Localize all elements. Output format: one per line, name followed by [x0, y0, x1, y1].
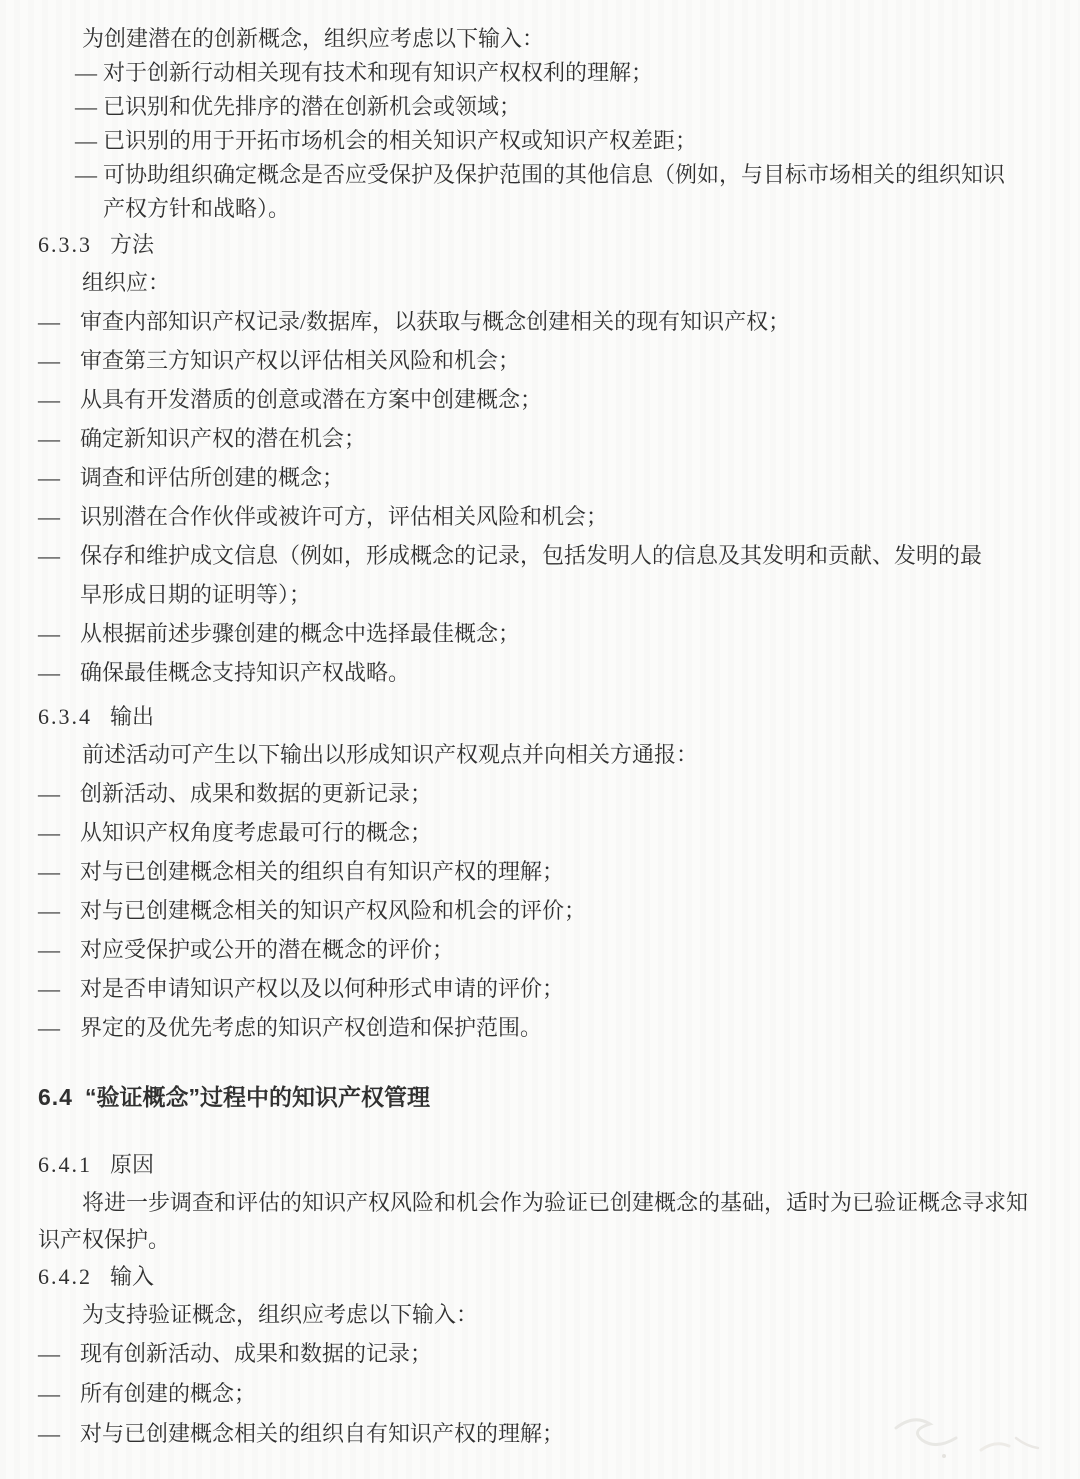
- heading-6-3-3: 6.3.3方法: [38, 226, 1048, 264]
- list-item: — 对与已创建概念相关的知识产权风险和机会的评价；: [38, 891, 1048, 930]
- list-item-text: 审查内部知识产权记录/数据库，以获取与概念创建相关的现有知识产权；: [80, 309, 790, 334]
- heading-6-4: 6.4“验证概念”过程中的知识产权管理: [38, 1077, 1048, 1117]
- bullet-dash: —: [38, 1414, 80, 1454]
- section-number: 6.4: [38, 1084, 73, 1110]
- list-item-text: 确保最佳概念支持知识产权战略。: [80, 660, 410, 685]
- bullet-dash: —: [38, 458, 80, 497]
- section-number: 6.3.4: [38, 704, 92, 729]
- list-item-text: 确定新知识产权的潜在机会；: [80, 426, 366, 451]
- intro-paragraph: 为创建潜在的创新概念，组织应考虑以下输入：: [38, 22, 1048, 56]
- bullet-dash: —: [38, 614, 80, 653]
- list-item: — 可协助组织确定概念是否应受保护及保护范围的其他信息（例如，与目标市场相关的组…: [38, 158, 1048, 226]
- list-item-text: 现有创新活动、成果和数据的记录；: [80, 1341, 432, 1366]
- list-item: — 审查内部知识产权记录/数据库，以获取与概念创建相关的现有知识产权；: [38, 302, 1048, 341]
- list-item: — 界定的及优先考虑的知识产权创造和保护范围。: [38, 1008, 1048, 1047]
- list-item: — 已识别的用于开拓市场机会的相关知识产权或知识产权差距；: [38, 124, 1048, 158]
- bullet-dash: —: [38, 302, 80, 341]
- list-item-text: 从知识产权角度考虑最可行的概念；: [80, 820, 432, 845]
- heading-6-4-2: 6.4.2输入: [38, 1258, 1048, 1296]
- bullet-dash: —: [38, 1374, 80, 1414]
- list-item: — 确保最佳概念支持知识产权战略。: [38, 653, 1048, 692]
- list-item-text: 审查第三方知识产权以评估相关风险和机会；: [80, 348, 520, 373]
- list-item-text: 从具有开发潜质的创意或潜在方案中创建概念；: [80, 387, 542, 412]
- heading-6-4-1: 6.4.1原因: [38, 1146, 1048, 1184]
- list-item-text: 从根据前述步骤创建的概念中选择最佳概念；: [80, 621, 520, 646]
- list-item: — 从具有开发潜质的创意或潜在方案中创建概念；: [38, 380, 1048, 419]
- section-title: 方法: [110, 232, 154, 257]
- list-item-text: 已识别和优先排序的潜在创新机会或领域；: [103, 94, 521, 119]
- list-item-text: 对与已创建概念相关的组织自有知识产权的理解；: [80, 859, 564, 884]
- list-item-text: 界定的及优先考虑的知识产权创造和保护范围。: [80, 1015, 542, 1040]
- body-paragraph-line: 识产权保护。: [38, 1221, 1048, 1258]
- list-item: — 保存和维护成文信息（例如，形成概念的记录，包括发明人的信息及其发明和贡献、发…: [38, 536, 1048, 614]
- bullet-dash: —: [38, 419, 80, 458]
- methods-list: — 审查内部知识产权记录/数据库，以获取与概念创建相关的现有知识产权； — 审查…: [38, 302, 1048, 692]
- bullet-dash: —: [75, 158, 103, 226]
- bullet-dash: —: [38, 536, 80, 614]
- list-item-text: 对应受保护或公开的潜在概念的评价；: [80, 937, 454, 962]
- bullet-dash: —: [38, 653, 80, 692]
- document-page: 为创建潜在的创新概念，组织应考虑以下输入： — 对于创新行动相关现有技术和现有知…: [0, 0, 1080, 1479]
- bullet-dash: —: [38, 774, 80, 813]
- section-number: 6.3.3: [38, 232, 92, 257]
- bullet-dash: —: [38, 1008, 80, 1047]
- scan-smudge-decoration: [886, 1398, 1056, 1473]
- section-title: 原因: [110, 1152, 154, 1177]
- list-item: — 现有创新活动、成果和数据的记录；: [38, 1334, 1048, 1374]
- lead-paragraph: 前述活动可产生以下输出以形成知识产权观点并向相关方通报：: [38, 736, 1048, 774]
- section-title: “验证概念”过程中的知识产权管理: [85, 1084, 430, 1110]
- list-item-text: 调查和评估所创建的概念；: [80, 465, 344, 490]
- bullet-dash: —: [38, 1334, 80, 1374]
- bullet-dash: —: [38, 380, 80, 419]
- body-paragraph-line: 将进一步调查和评估的知识产权风险和机会作为验证已创建概念的基础，适时为已验证概念…: [38, 1184, 1048, 1221]
- bullet-dash: —: [38, 969, 80, 1008]
- list-item-text: 识别潜在合作伙伴或被许可方，评估相关风险和机会；: [80, 504, 608, 529]
- document-content: 为创建潜在的创新概念，组织应考虑以下输入： — 对于创新行动相关现有技术和现有知…: [38, 22, 1048, 1454]
- list-item-text: 已识别的用于开拓市场机会的相关知识产权或知识产权差距；: [103, 128, 697, 153]
- bullet-dash: —: [38, 497, 80, 536]
- section-number: 6.4.2: [38, 1264, 92, 1289]
- list-item: — 创新活动、成果和数据的更新记录；: [38, 774, 1048, 813]
- bullet-dash: —: [38, 891, 80, 930]
- section-title: 输出: [110, 704, 154, 729]
- list-item-text: 所有创建的概念；: [80, 1381, 256, 1406]
- list-item: — 已识别和优先排序的潜在创新机会或领域；: [38, 90, 1048, 124]
- list-item: — 对应受保护或公开的潜在概念的评价；: [38, 930, 1048, 969]
- bullet-dash: —: [75, 90, 103, 124]
- list-item-text: 创新活动、成果和数据的更新记录；: [80, 781, 432, 806]
- list-item: — 对与已创建概念相关的组织自有知识产权的理解；: [38, 852, 1048, 891]
- list-item: — 对是否申请知识产权以及以何种形式申请的评价；: [38, 969, 1048, 1008]
- list-item: — 调查和评估所创建的概念；: [38, 458, 1048, 497]
- list-item: — 确定新知识产权的潜在机会；: [38, 419, 1048, 458]
- list-item-text: 对是否申请知识产权以及以何种形式申请的评价；: [80, 976, 564, 1001]
- bullet-dash: —: [38, 852, 80, 891]
- bullet-dash: —: [38, 930, 80, 969]
- list-item-text: 对与已创建概念相关的组织自有知识产权的理解；: [80, 1421, 564, 1446]
- bullet-dash: —: [38, 341, 80, 380]
- list-item-text: 对与已创建概念相关的知识产权风险和机会的评价；: [80, 898, 586, 923]
- list-item: — 对于创新行动相关现有技术和现有知识产权权利的理解；: [38, 56, 1048, 90]
- list-item-text: 对于创新行动相关现有技术和现有知识产权权利的理解；: [103, 60, 653, 85]
- bullet-dash: —: [38, 813, 80, 852]
- list-item: — 识别潜在合作伙伴或被许可方，评估相关风险和机会；: [38, 497, 1048, 536]
- bullet-dash: —: [75, 56, 103, 90]
- section-number: 6.4.1: [38, 1152, 92, 1177]
- inputs-list: — 对于创新行动相关现有技术和现有知识产权权利的理解； — 已识别和优先排序的潜…: [38, 56, 1048, 226]
- list-item-text-continued: 早形成日期的证明等）；: [80, 575, 982, 614]
- heading-6-3-4: 6.3.4输出: [38, 698, 1048, 736]
- bullet-dash: —: [75, 124, 103, 158]
- list-item: — 从知识产权角度考虑最可行的概念；: [38, 813, 1048, 852]
- lead-paragraph: 组织应：: [38, 264, 1048, 302]
- list-item: — 审查第三方知识产权以评估相关风险和机会；: [38, 341, 1048, 380]
- list-item-text: 可协助组织确定概念是否应受保护及保护范围的其他信息（例如，与目标市场相关的组织知…: [103, 158, 1005, 192]
- lead-paragraph: 为支持验证概念，组织应考虑以下输入：: [38, 1296, 1048, 1334]
- list-item-text: 保存和维护成文信息（例如，形成概念的记录，包括发明人的信息及其发明和贡献、发明的…: [80, 536, 982, 575]
- outputs-list: — 创新活动、成果和数据的更新记录； — 从知识产权角度考虑最可行的概念； — …: [38, 774, 1048, 1047]
- section-title: 输入: [110, 1264, 154, 1289]
- list-item-text-continued: 产权方针和战略）。: [103, 192, 1005, 226]
- list-item: — 从根据前述步骤创建的概念中选择最佳概念；: [38, 614, 1048, 653]
